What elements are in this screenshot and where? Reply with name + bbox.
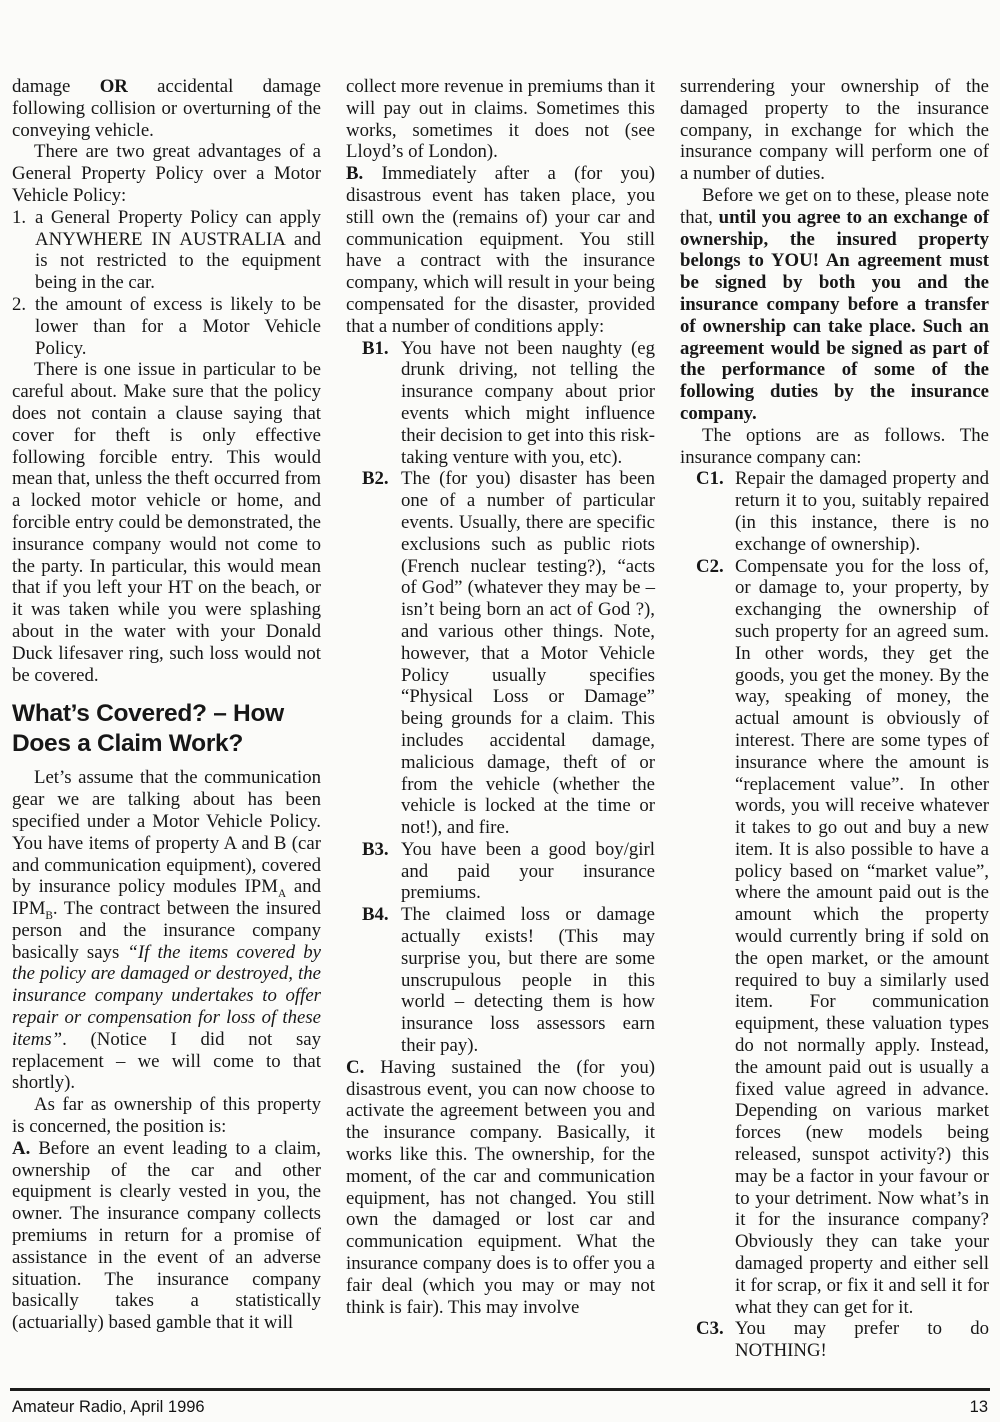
text-run: Having sustained the (for you) disastrou… bbox=[346, 1057, 655, 1318]
list-item: C2.Compensate you for the loss of, or da… bbox=[680, 556, 989, 1319]
text-run: the amount of excess is likely to be low… bbox=[35, 294, 321, 359]
list-item-label: C2. bbox=[696, 556, 735, 578]
column-2: collect more revenue in premiums than it… bbox=[346, 76, 655, 1362]
list-item-label: 1. bbox=[12, 207, 35, 229]
text-run: Let’s assume that the communication gear… bbox=[12, 767, 321, 897]
paragraph: Before we get on to these, please note t… bbox=[680, 185, 989, 425]
text-run: A. bbox=[12, 1138, 30, 1159]
column-3: surrendering your ownership of the damag… bbox=[680, 76, 989, 1362]
text-run: surrendering your ownership of the damag… bbox=[680, 76, 989, 184]
text-run: Before an event leading to a claim, owne… bbox=[12, 1138, 321, 1333]
paragraph: The options are as follows. The insuranc… bbox=[680, 425, 989, 469]
paragraph: There is one issue in particular to be c… bbox=[12, 359, 321, 686]
list-item-label: C1. bbox=[696, 468, 735, 490]
list-item-label: B2. bbox=[362, 468, 401, 490]
paragraph: Let’s assume that the communication gear… bbox=[12, 767, 321, 1094]
list-item: B2.The (for you) disaster has been one o… bbox=[346, 468, 655, 839]
text-run: C. bbox=[346, 1057, 364, 1078]
list-item: B1.You have not been naughty (eg drunk d… bbox=[346, 338, 655, 469]
paragraph: collect more revenue in premiums than it… bbox=[346, 76, 655, 163]
paragraph: As far as ownership of this property is … bbox=[12, 1094, 321, 1138]
column-1: damage OR accidental damage following co… bbox=[12, 76, 321, 1362]
paragraph: C. Having sustained the (for you) disast… bbox=[346, 1057, 655, 1319]
list-item: B3.You have been a good boy/girl and pai… bbox=[346, 839, 655, 904]
text-run: The claimed loss or damage actually exis… bbox=[401, 904, 655, 1056]
text-run: until you agree to an exchange of owners… bbox=[680, 207, 989, 424]
text-run: B. bbox=[346, 163, 363, 184]
text-run: There is one issue in particular to be c… bbox=[12, 359, 321, 685]
text-run: a General Property Policy can apply ANYW… bbox=[35, 207, 321, 293]
text-run: The (for you) disaster has been one of a… bbox=[401, 468, 655, 838]
list-item: 1.a General Property Policy can apply AN… bbox=[12, 207, 321, 294]
section-heading: What’s Covered? – How Does a Claim Work? bbox=[12, 699, 321, 759]
list-item: 2.the amount of excess is likely to be l… bbox=[12, 294, 321, 359]
text-run: Compensate you for the loss of, or damag… bbox=[735, 556, 989, 1318]
list-item-label: C3. bbox=[696, 1318, 735, 1340]
list-item-label: B3. bbox=[362, 839, 401, 861]
paragraph: surrendering your ownership of the damag… bbox=[680, 76, 989, 185]
list-item: C3.You may prefer to do NOTHING! bbox=[680, 1318, 989, 1362]
footer-rule bbox=[10, 1388, 990, 1391]
paragraph: There are two great advantages of a Gene… bbox=[12, 141, 321, 206]
list-item-label: B1. bbox=[362, 338, 401, 360]
text-run: As far as ownership of this property is … bbox=[12, 1094, 321, 1137]
list-item: C1.Repair the damaged property and retur… bbox=[680, 468, 989, 555]
text-run: You have been a good boy/girl and paid y… bbox=[401, 839, 655, 904]
page-footer: Amateur Radio, April 1996 13 bbox=[12, 1398, 988, 1417]
text-run: You may prefer to do NOTHING! bbox=[735, 1318, 989, 1361]
paragraph: A. Before an event leading to a claim, o… bbox=[12, 1138, 321, 1334]
text-run: The options are as follows. The insuranc… bbox=[680, 425, 989, 468]
list-item: B4.The claimed loss or damage actually e… bbox=[346, 904, 655, 1057]
text-run: Repair the damaged property and return i… bbox=[735, 468, 989, 554]
text-run: Immediately after a (for you) disastrous… bbox=[346, 163, 655, 337]
page-number: 13 bbox=[970, 1398, 988, 1417]
text-run: collect more revenue in premiums than it… bbox=[346, 76, 655, 162]
list-item-label: 2. bbox=[12, 294, 35, 316]
paragraph: damage OR accidental damage following co… bbox=[12, 76, 321, 141]
journal-title: Amateur Radio, April 1996 bbox=[12, 1398, 205, 1417]
text-run: You have not been naughty (eg drunk driv… bbox=[401, 338, 655, 468]
paragraph: B. Immediately after a (for you) disastr… bbox=[346, 163, 655, 337]
list-item-label: B4. bbox=[362, 904, 401, 926]
article-columns: damage OR accidental damage following co… bbox=[12, 76, 988, 1362]
text-run: There are two great advantages of a Gene… bbox=[12, 141, 321, 206]
text-run: OR bbox=[100, 76, 128, 97]
text-run: damage bbox=[12, 76, 100, 97]
